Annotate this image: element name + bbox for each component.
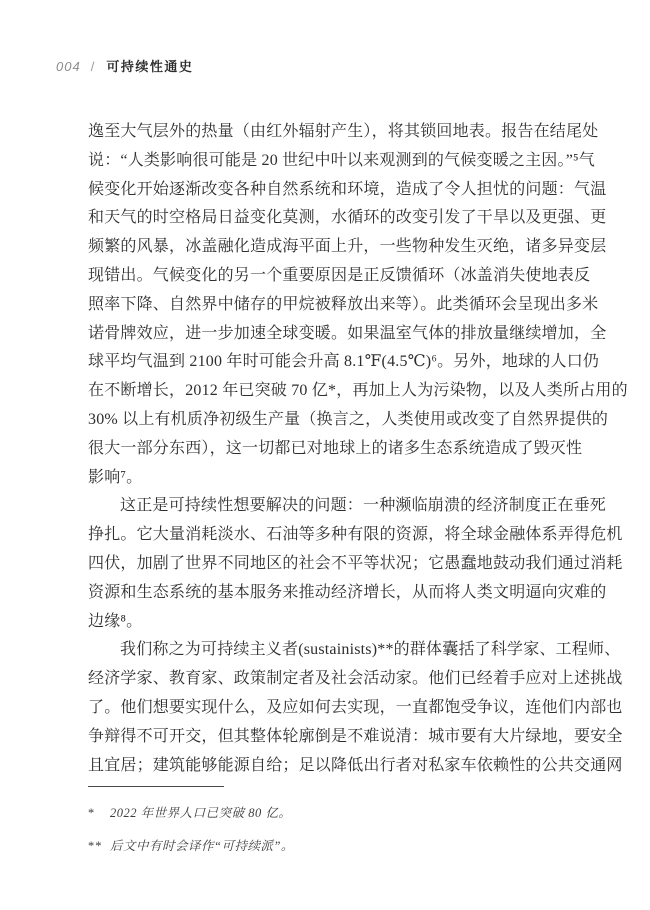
body-text: 逸至大气层外的热量（由红外辐射产生），将其锁回地表。报告在结尾处 说：“人类影响… <box>88 118 570 863</box>
text-line: 诺骨牌效应，进一步加速全球变暖。如果温室气体的排放量继续增加，全 <box>88 320 570 349</box>
running-header: 004 / 可持续性通史 <box>56 58 193 76</box>
text-line: 球平均气温到 2100 年时可能会升高 8.1℉(4.5℃)⁶。另外，地球的人口… <box>88 348 570 377</box>
book-title: 可持续性通史 <box>106 58 193 76</box>
text-line: 且宜居；建筑能够能源自给；足以降低出行者对私家车依赖性的公共交通网 <box>88 752 570 781</box>
paragraph-2: 这正是可持续性想要解决的问题：一种濒临崩溃的经济制度正在垂死 挣扎。它大量消耗淡… <box>88 492 570 636</box>
text-line: 四伏，加剧了世界不同地区的社会不平等状况；它愚蠢地鼓动我们通过消耗 <box>88 550 570 579</box>
text-line: 说：“人类影响很可能是 20 世纪中叶以来观测到的气候变暖之主因。”⁵气 <box>88 147 570 176</box>
text-line: 了。他们想要实现什么，及应如何去实现，一直都饱受争议，连他们内部也 <box>88 694 570 723</box>
text-line: 经济学家、教育家、政策制定者及社会活动家。他们已经着手应对上述挑战 <box>88 665 570 694</box>
text-line: 频繁的风暴，冰盖融化造成海平面上升，一些物种发生灭绝，诸多异变层 <box>88 233 570 262</box>
text-line: 资源和生态系统的基本服务来推动经济增长，从而将人类文明逼向灾难的 <box>88 579 570 608</box>
text-line: 现错出。气候变化的另一个重要原因是正反馈循环（冰盖消失使地表反 <box>88 262 570 291</box>
text-line: 在不断增长，2012 年已突破 70 亿*，再加上人为污染物，以及人类所占用的 <box>88 377 570 406</box>
footnote-marker: ** <box>88 830 110 863</box>
footnote-separator <box>88 786 224 787</box>
paragraph-1: 逸至大气层外的热量（由红外辐射产生），将其锁回地表。报告在结尾处 说：“人类影响… <box>88 118 570 492</box>
footnote-1: * 2022 年世界人口已突破 80 亿。 <box>88 797 570 830</box>
footnote-2: ** 后文中有时会译作“可持续派”。 <box>88 830 570 863</box>
text-line: 这正是可持续性想要解决的问题：一种濒临崩溃的经济制度正在垂死 <box>88 492 570 521</box>
footnote-text: 2022 年世界人口已突破 80 亿。 <box>110 797 291 830</box>
text-line: 照率下降、自然界中储存的甲烷被释放出来等）。此类循环会呈现出多米 <box>88 291 570 320</box>
text-line: 候变化开始逐渐改变各种自然系统和环境，造成了令人担忧的问题：气温 <box>88 176 570 205</box>
paragraph-3: 我们称之为可持续主义者(sustainists)**的群体囊括了科学家、工程师、… <box>88 636 570 780</box>
text-line: 我们称之为可持续主义者(sustainists)**的群体囊括了科学家、工程师、 <box>88 636 570 665</box>
text-line: 和天气的时空格局日益变化莫测，水循环的改变引发了干旱以及更强、更 <box>88 204 570 233</box>
text-line: 影响⁷。 <box>88 464 570 493</box>
text-line: 很大一部分东西），这一切都已对地球上的诸多生态系统造成了毁灭性 <box>88 435 570 464</box>
book-page: 004 / 可持续性通史 逸至大气层外的热量（由红外辐射产生），将其锁回地表。报… <box>0 0 650 910</box>
footnote-marker: * <box>88 797 110 830</box>
text-line: 边缘⁸。 <box>88 608 570 637</box>
header-slash: / <box>91 58 95 76</box>
text-line: 争辩得不可开交，但其整体轮廓倒是不难说清：城市要有大片绿地，要安全 <box>88 723 570 752</box>
page-number: 004 <box>56 58 81 76</box>
text-line: 30% 以上有机质净初级生产量（换言之，人类使用或改变了自然界提供的 <box>88 406 570 435</box>
footnote-text: 后文中有时会译作“可持续派”。 <box>110 830 294 863</box>
text-line: 逸至大气层外的热量（由红外辐射产生），将其锁回地表。报告在结尾处 <box>88 118 570 147</box>
text-line: 挣扎。它大量消耗淡水、石油等多种有限的资源，将全球金融体系弄得危机 <box>88 521 570 550</box>
